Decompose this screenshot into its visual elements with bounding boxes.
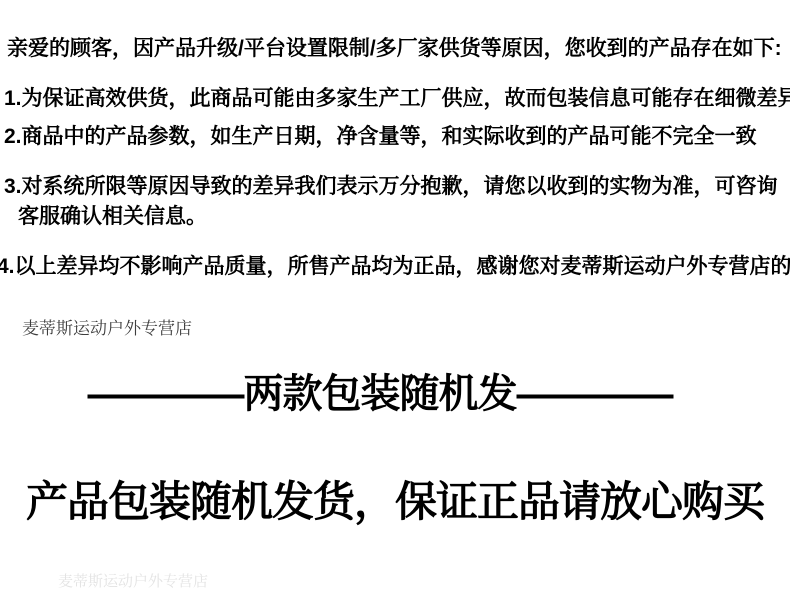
notice-header: 亲爱的顾客，因产品升级/平台设置限制/多厂家供货等原因，您收到的产品存在如下: bbox=[7, 38, 782, 59]
notice-item-3-line-2: 客服确认相关信息。 bbox=[18, 206, 207, 227]
store-watermark: 麦蒂斯运动户外专营店 bbox=[58, 574, 208, 589]
notice-item-2: 2.商品中的产品参数，如生产日期，净含量等，和实际收到的产品可能不完全一致 bbox=[4, 126, 757, 147]
notice-item-4: 4.以上差异均不影响产品质量，所售产品均为正品，感谢您对麦蒂斯运动户外专营店的支… bbox=[0, 256, 790, 277]
product-disclaimer-page: 亲爱的顾客，因产品升级/平台设置限制/多厂家供货等原因，您收到的产品存在如下: … bbox=[0, 0, 790, 590]
notice-item-1: 1.为保证高效供货，此商品可能由多家生产工厂供应，故而包装信息可能存在细微差异 bbox=[4, 88, 790, 109]
store-name: 麦蒂斯运动户外专营店 bbox=[22, 320, 192, 337]
guarantee-banner: 产品包装随机发货，保证正品请放心购买 bbox=[0, 481, 790, 523]
random-packaging-banner: ————两款包装随机发———— bbox=[0, 374, 760, 414]
notice-item-3-line-1: 3.对系统所限等原因导致的差异我们表示万分抱歉，请您以收到的实物为准，可咨询 bbox=[4, 176, 778, 197]
